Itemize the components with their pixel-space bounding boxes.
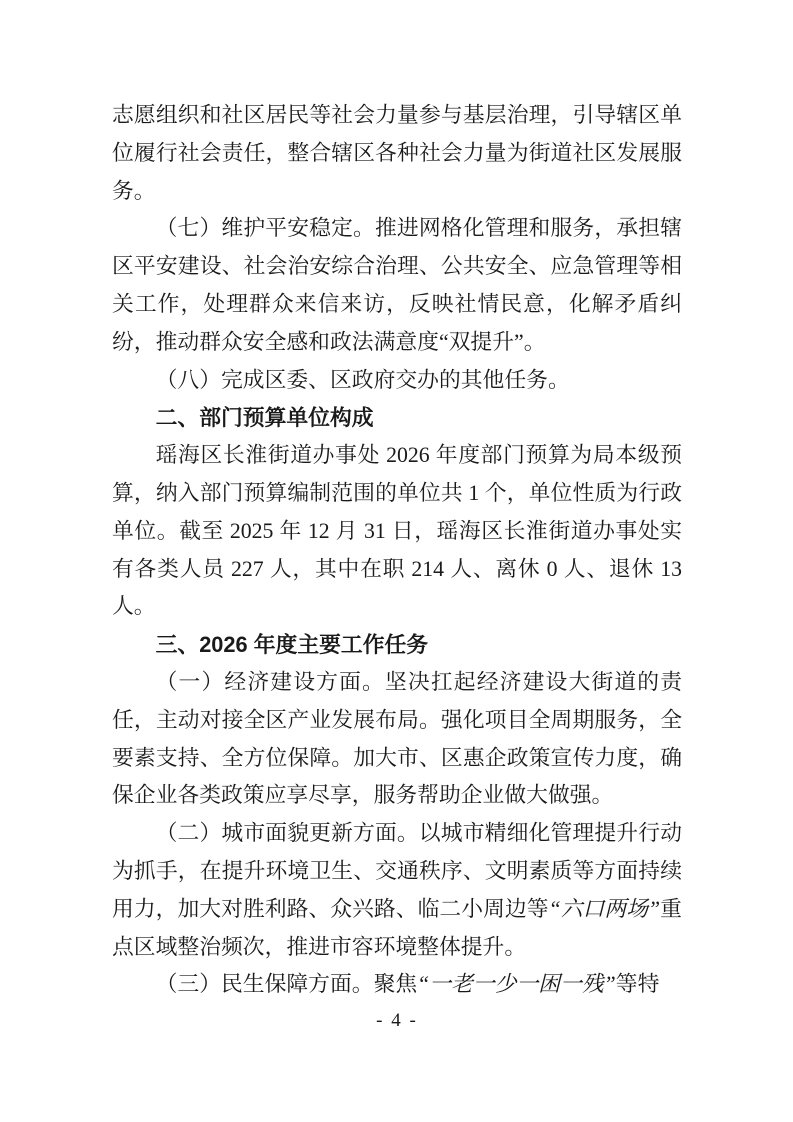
text-run: 三、2026 年度主要工作任务 xyxy=(156,632,429,657)
text-run: （八）完成区委、区政府交办的其他任务。 xyxy=(156,368,570,392)
paragraph: （二）城市面貌更新方面。以城市精细化管理提升行动为抓手，在提升环境卫生、交通秩序… xyxy=(112,815,682,966)
paragraph: 瑶海区长淮街道办事处 2026 年度部门预算为局本级预算，纳入部门预算编制范围的… xyxy=(112,437,682,626)
document-page: 志愿组织和社区居民等社会力量参与基层治理，引导辖区单位履行社会责任，整合辖区各种… xyxy=(0,0,793,1122)
emphasized-phrase: “六口两场” xyxy=(549,897,661,921)
paragraph: 志愿组织和社区居民等社会力量参与基层治理，引导辖区单位履行社会责任，整合辖区各种… xyxy=(112,97,682,210)
text-run: （七）维护平安稳定。推进网格化管理和服务，承担辖区平安建设、社会治安综合治理、公… xyxy=(112,216,682,353)
text-run: （一）经济建设方面。坚决扛起经济建设大街道的责任，主动对接全区产业发展布局。强化… xyxy=(112,670,682,807)
page-number: - 4 - xyxy=(376,1010,418,1031)
paragraph: （三）民生保障方面。聚焦“一老一少一困一残”等特 xyxy=(112,966,682,1004)
text-run: 瑶海区长淮街道办事处 2026 年度部门预算为局本级预算，纳入部门预算编制范围的… xyxy=(112,443,682,618)
document-body: 志愿组织和社区居民等社会力量参与基层治理，引导辖区单位履行社会责任，整合辖区各种… xyxy=(112,97,682,1004)
text-run: 志愿组织和社区居民等社会力量参与基层治理，引导辖区单位履行社会责任，整合辖区各种… xyxy=(112,103,682,203)
paragraph: （七）维护平安稳定。推进网格化管理和服务，承担辖区平安建设、社会治安综合治理、公… xyxy=(112,210,682,361)
section-heading: 二、部门预算单位构成 xyxy=(112,399,682,437)
paragraph: （八）完成区委、区政府交办的其他任务。 xyxy=(112,362,682,400)
page-footer: - 4 - xyxy=(112,1010,682,1032)
section-heading: 三、2026 年度主要工作任务 xyxy=(112,626,682,664)
text-run: （三）民生保障方面。聚焦 xyxy=(156,972,418,996)
text-run: 等特 xyxy=(616,972,660,996)
emphasized-phrase: “一老一少一困一残” xyxy=(417,972,616,996)
paragraph: （一）经济建设方面。坚决扛起经济建设大街道的责任，主动对接全区产业发展布局。强化… xyxy=(112,664,682,815)
text-run: 二、部门预算单位构成 xyxy=(156,405,374,430)
